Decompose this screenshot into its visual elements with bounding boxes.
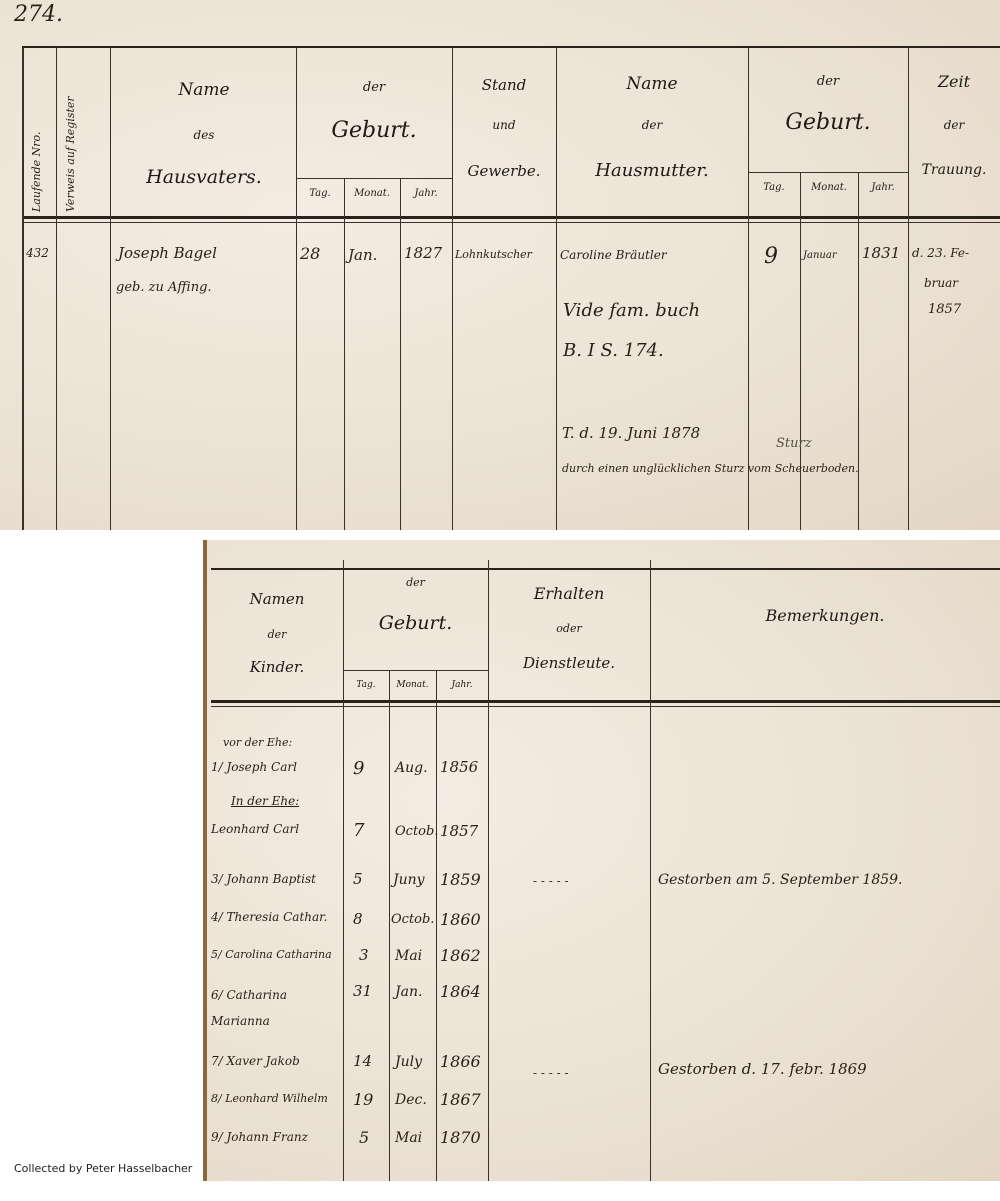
entry-mother-note-1: Vide fam. buch bbox=[563, 300, 700, 321]
register-page-bottom: Namen der Kinder. der Geburt. Tag. Monat… bbox=[203, 540, 1000, 1181]
col-rule bbox=[650, 560, 651, 1181]
header-children-1: Namen bbox=[211, 590, 343, 608]
entry-father-birth-day: 28 bbox=[300, 244, 320, 263]
child-birth-day: 7 bbox=[353, 820, 364, 841]
col-rule bbox=[110, 48, 111, 530]
child-employment: - - - - - bbox=[533, 1066, 569, 1080]
header-father-year: Jahr. bbox=[400, 188, 452, 199]
child-birth-month: Mai bbox=[395, 1130, 422, 1146]
col-rule bbox=[400, 178, 401, 530]
child-name: 1/ Joseph Carl bbox=[211, 760, 297, 774]
birth-subheader-rule bbox=[343, 670, 488, 671]
header-father-name-1: Name bbox=[112, 80, 296, 100]
header-occupation-3: Gewerbe. bbox=[452, 162, 556, 180]
header-remarks: Bemerkungen. bbox=[650, 606, 1000, 625]
child-birth-day: 31 bbox=[353, 982, 372, 1000]
header-marriage-3: Trauung. bbox=[908, 162, 1000, 178]
child-remarks: Gestorben am 5. September 1859. bbox=[658, 872, 903, 888]
header-mother-year: Jahr. bbox=[858, 182, 908, 193]
header-children-3: Kinder. bbox=[211, 658, 343, 676]
entry-marriage-date-1: d. 23. Fe- bbox=[912, 246, 969, 260]
col-rule bbox=[22, 48, 24, 530]
header-serial-no: Laufende Nro. bbox=[30, 132, 43, 212]
header-occupation-1: Stand bbox=[452, 76, 556, 94]
header-father-day: Tag. bbox=[296, 188, 344, 199]
col-rule bbox=[56, 48, 57, 530]
col-rule bbox=[800, 172, 801, 530]
child-birth-month: Jan. bbox=[395, 984, 422, 1000]
child-name: 4/ Theresia Cathar. bbox=[211, 910, 327, 924]
col-rule bbox=[344, 178, 345, 530]
header-divider-rule bbox=[22, 216, 1000, 219]
header-mother-birth-2: Geburt. bbox=[748, 110, 908, 135]
header-mother-name-3: Hausmutter. bbox=[556, 160, 748, 181]
header-mother-birth-1: der bbox=[748, 74, 908, 89]
header-employment-2: oder bbox=[488, 622, 650, 635]
child-birth-day: 8 bbox=[353, 910, 363, 928]
child-birth-year: 1862 bbox=[440, 946, 481, 965]
entry-mother-death-date: T. d. 19. Juni 1878 bbox=[562, 424, 700, 442]
header-register-book: Verweis auf Register bbox=[64, 96, 77, 212]
header-employment-1: Erhalten bbox=[488, 584, 650, 603]
child-birth-year: 1870 bbox=[440, 1128, 481, 1147]
entry-father-birth-month: Jan. bbox=[348, 246, 377, 264]
child-name: 3/ Johann Baptist bbox=[211, 872, 316, 886]
entry-mother-death-cause: durch einen unglücklichen Sturz vom Sche… bbox=[562, 462, 859, 475]
child-name: 7/ Xaver Jakob bbox=[211, 1054, 300, 1068]
page-number: 274. bbox=[14, 2, 63, 27]
entry-mother-birth-year: 1831 bbox=[862, 244, 900, 262]
header-marriage-1: Zeit bbox=[908, 72, 1000, 91]
header-father-birth-2: Geburt. bbox=[296, 118, 452, 143]
child-birth-day: 3 bbox=[359, 946, 369, 964]
child-birth-day: 14 bbox=[353, 1052, 372, 1070]
entry-father-name: Joseph Bagel bbox=[118, 244, 217, 262]
header-father-name-3: Hausvaters. bbox=[112, 166, 296, 188]
credit-caption: Collected by Peter Hasselbacher bbox=[14, 1162, 192, 1175]
child-name: 9/ Johann Franz bbox=[211, 1130, 308, 1144]
top-frame-rule bbox=[211, 568, 1000, 570]
col-rule bbox=[858, 172, 859, 530]
entry-mother-name: Caroline Bräutler bbox=[560, 248, 667, 262]
child-name: 5/ Carolina Catharina bbox=[211, 948, 332, 961]
register-page-top: 274. Laufende Nro. Verweis auf Register … bbox=[0, 0, 1000, 530]
child-birth-month: July bbox=[395, 1054, 422, 1070]
birth-subheader-rule bbox=[748, 172, 908, 173]
header-mother-day: Tag. bbox=[748, 182, 800, 193]
child-birth-year: 1867 bbox=[440, 1090, 481, 1109]
entry-occupation: Lohnkutscher bbox=[455, 248, 532, 261]
child-birth-month: Juny bbox=[393, 872, 425, 888]
header-divider-rule-thin bbox=[211, 706, 1000, 707]
entry-mother-birth-day: 9 bbox=[764, 244, 778, 269]
label-before-marriage: vor der Ehe: bbox=[223, 736, 292, 749]
child-birth-month: Octob. bbox=[395, 824, 438, 839]
birth-subheader-rule bbox=[296, 178, 452, 179]
header-occupation-2: und bbox=[452, 118, 556, 132]
child-birth-month: Dec. bbox=[395, 1092, 427, 1108]
header-year: Jahr. bbox=[436, 680, 488, 690]
header-marriage-2: der bbox=[908, 118, 1000, 132]
child-birth-day: 19 bbox=[353, 1090, 373, 1109]
entry-mother-death-insert: Sturz bbox=[776, 436, 812, 451]
entry-father-birth-year: 1827 bbox=[404, 244, 442, 262]
child-employment: - - - - - bbox=[533, 874, 569, 888]
page-edge bbox=[203, 540, 207, 1181]
header-father-birth-1: der bbox=[296, 80, 452, 95]
top-frame-rule bbox=[22, 46, 1000, 48]
header-children-2: der bbox=[211, 628, 343, 641]
header-divider-rule-thin bbox=[22, 222, 1000, 223]
col-rule bbox=[343, 560, 344, 1181]
entry-mother-birth-month: Januar bbox=[803, 250, 855, 261]
entry-mother-note-2: B. I S. 174. bbox=[563, 340, 664, 361]
child-birth-year: 1866 bbox=[440, 1052, 481, 1071]
child-birth-year: 1859 bbox=[440, 870, 481, 889]
header-mother-name-1: Name bbox=[556, 74, 748, 94]
child-birth-year: 1864 bbox=[440, 982, 481, 1001]
child-birth-month: Mai bbox=[395, 948, 422, 964]
header-father-name-2: des bbox=[112, 128, 296, 142]
child-birth-month: Octob. bbox=[391, 912, 434, 927]
child-birth-day: 5 bbox=[353, 870, 363, 888]
child-name: Leonhard Carl bbox=[211, 822, 299, 836]
child-birth-month: Aug. bbox=[395, 760, 428, 776]
header-day: Tag. bbox=[343, 680, 389, 690]
child-birth-year: 1860 bbox=[440, 910, 481, 929]
header-mother-month: Monat. bbox=[800, 182, 858, 193]
entry-marriage-date-2: bruar bbox=[924, 276, 958, 290]
col-rule bbox=[389, 670, 390, 1181]
child-name: 8/ Leonhard Wilhelm bbox=[211, 1092, 328, 1105]
child-birth-year: 1856 bbox=[440, 758, 478, 776]
header-birth-1: der bbox=[343, 576, 488, 589]
entry-serial-no: 432 bbox=[26, 246, 49, 260]
col-rule bbox=[436, 670, 437, 1181]
child-birth-day: 9 bbox=[353, 758, 364, 779]
header-birth-2: Geburt. bbox=[343, 612, 488, 634]
header-employment-3: Dienstleute. bbox=[488, 654, 650, 672]
label-in-marriage: In der Ehe: bbox=[231, 794, 299, 808]
entry-marriage-date-3: 1857 bbox=[928, 302, 961, 317]
header-father-month: Monat. bbox=[344, 188, 400, 199]
entry-father-birthplace: geb. zu Affing. bbox=[116, 280, 212, 295]
child-birth-year: 1857 bbox=[440, 822, 478, 840]
child-remarks: Gestorben d. 17. febr. 1869 bbox=[658, 1060, 867, 1078]
child-birth-day: 5 bbox=[359, 1128, 369, 1147]
child-name: 6/ Catharina Marianna bbox=[211, 982, 341, 1034]
header-month: Monat. bbox=[389, 680, 436, 690]
header-mother-name-2: der bbox=[556, 118, 748, 132]
header-divider-rule bbox=[211, 700, 1000, 703]
